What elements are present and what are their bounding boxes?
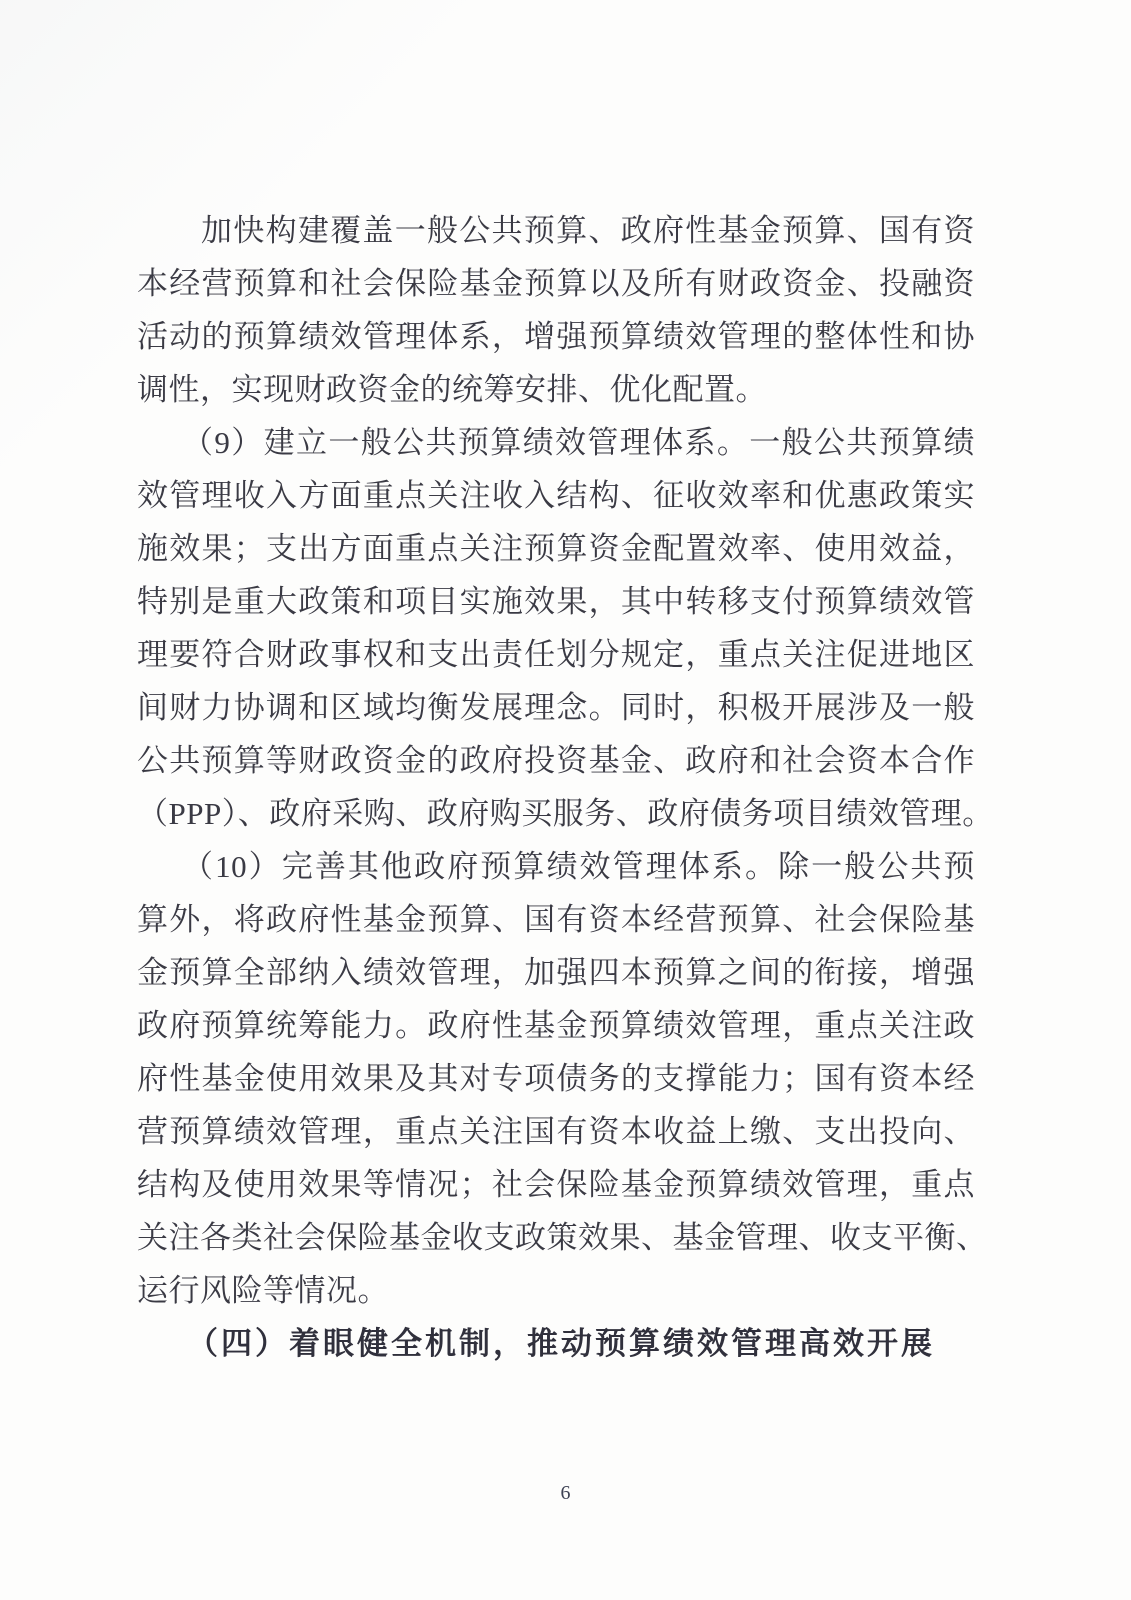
paragraph-line: 府性基金使用效果及其对专项债务的支撑能力；国有资本经 xyxy=(137,1052,975,1105)
paragraph-line: （9）建立一般公共预算绩效管理体系。一般公共预算绩 xyxy=(137,416,975,469)
paragraph-line: 施效果；支出方面重点关注预算资金配置效率、使用效益， xyxy=(137,522,975,575)
paragraph-line: 运行风险等情况。 xyxy=(137,1264,975,1317)
paragraph-line: 效管理收入方面重点关注收入结构、征收效率和优惠政策实 xyxy=(137,469,975,522)
page-number: 6 xyxy=(0,1482,1131,1504)
paragraph-line: 间财力协调和区域均衡发展理念。同时，积极开展涉及一般 xyxy=(137,681,975,734)
paragraph-line: 金预算全部纳入绩效管理，加强四本预算之间的衔接，增强 xyxy=(137,946,975,999)
section-heading: （四）着眼健全机制，推动预算绩效管理高效开展 xyxy=(137,1317,975,1370)
paragraph-line: （PPP）、政府采购、政府购买服务、政府债务项目绩效管理。 xyxy=(137,787,975,840)
paragraph-line: 政府预算统筹能力。政府性基金预算绩效管理，重点关注政 xyxy=(137,999,975,1052)
paragraph-line: 营预算绩效管理，重点关注国有资本收益上缴、支出投向、 xyxy=(137,1105,975,1158)
scanned-document-page: 加快构建覆盖一般公共预算、政府性基金预算、国有资 本经营预算和社会保险基金预算以… xyxy=(0,0,1131,1600)
paragraph-line: 关注各类社会保险基金收支政策效果、基金管理、收支平衡、 xyxy=(137,1211,975,1264)
paragraph-line: 活动的预算绩效管理体系，增强预算绩效管理的整体性和协 xyxy=(137,310,975,363)
paragraph-line: 加快构建覆盖一般公共预算、政府性基金预算、国有资 xyxy=(137,204,975,257)
paragraph-line: 结构及使用效果等情况；社会保险基金预算绩效管理，重点 xyxy=(137,1158,975,1211)
paragraph-line: 算外，将政府性基金预算、国有资本经营预算、社会保险基 xyxy=(137,893,975,946)
paragraph-line: 本经营预算和社会保险基金预算以及所有财政资金、投融资 xyxy=(137,257,975,310)
paragraph-line: 理要符合财政事权和支出责任划分规定，重点关注促进地区 xyxy=(137,628,975,681)
body-text: 加快构建覆盖一般公共预算、政府性基金预算、国有资 本经营预算和社会保险基金预算以… xyxy=(137,204,975,1370)
paragraph-line: （10）完善其他政府预算绩效管理体系。除一般公共预 xyxy=(137,840,975,893)
paragraph-line: 调性，实现财政资金的统筹安排、优化配置。 xyxy=(137,363,975,416)
paragraph-line: 公共预算等财政资金的政府投资基金、政府和社会资本合作 xyxy=(137,734,975,787)
paragraph-line: 特别是重大政策和项目实施效果，其中转移支付预算绩效管 xyxy=(137,575,975,628)
